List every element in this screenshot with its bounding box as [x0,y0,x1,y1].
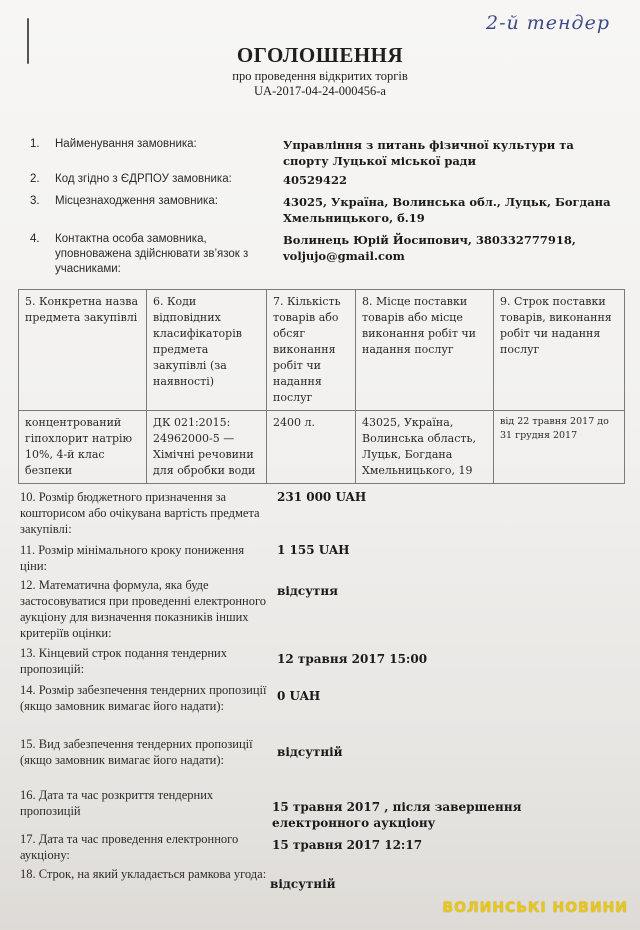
detail-value: 15 травня 2017 , після завершення електр… [272,799,617,831]
field-value: Волинець Юрій Йосипович, 380332777918, v… [283,232,593,264]
table-header-cell: 9. Строк поставки товарів, виконання роб… [494,290,625,411]
field-value: 43025, Україна, Волинська обл., Луцьк, Б… [283,194,618,226]
detail-label: 14. Розмір забезпечення тендерних пропоз… [20,682,268,714]
table-header-cell: 5. Конкретна назва предмета закупівлі [19,290,147,411]
detail-label: 18. Строк, на який укладається рамкова у… [20,866,268,882]
detail-label: 12. Математична формула, яка буде застос… [20,577,268,641]
field-value: Управління з питань фізичної культури та… [283,137,583,169]
table-cell: від 22 травня 2017 до 31 грудня 2017 [494,411,625,484]
tender-id: UA-2017-04-24-000456-a [0,84,640,99]
field-number: 4. [30,232,50,247]
field-number: 3. [30,194,50,209]
field-value: 40529422 [283,172,618,188]
document-subtitle: про проведення відкритих торгів UA-2017-… [0,69,640,99]
table-header-row: 5. Конкретна назва предмета закупівлі 6.… [19,290,625,411]
detail-value: 231 000 UAH [277,489,622,505]
detail-value: 1 155 UAH [277,542,622,558]
detail-label: 15. Вид забезпечення тендерних пропозиці… [20,736,268,768]
detail-value: відсутній [270,876,615,892]
table-cell: концентрований гіпохлорит натрію 10%, 4-… [19,411,147,484]
detail-value: 0 UAH [277,688,622,704]
detail-label: 17. Дата та час проведення електронного … [20,831,268,863]
field-number: 2. [30,172,50,187]
detail-label: 11. Розмір мінімального кроку пониження … [20,542,268,574]
detail-value: відсутня [277,583,622,599]
table-header-cell: 7. Кількість товарів або обсяг виконання… [267,290,356,411]
detail-value: 12 травня 2017 15:00 [277,651,622,667]
detail-value: 15 травня 2017 12:17 [272,837,617,853]
watermark-logo: ВОЛИНСЬКІ НОВИНИ [442,900,628,916]
table-header-cell: 6. Коди відповідних класифікаторів предм… [147,290,267,411]
field-label: Найменування замовника: [55,137,280,152]
table-row: концентрований гіпохлорит натрію 10%, 4-… [19,411,625,484]
detail-label: 13. Кінцевий строк подання тендерних про… [20,645,268,677]
detail-label: 10. Розмір бюджетного призначення за кош… [20,489,268,537]
detail-value: відсутній [277,744,622,760]
handwritten-note: 2-й тендер [486,12,610,34]
field-label: Місцезнаходження замовника: [55,194,280,209]
table-cell: 43025, Україна, Волинська область, Луцьк… [356,411,494,484]
document-title: ОГОЛОШЕННЯ [0,43,640,68]
field-label: Код згідно з ЄДРПОУ замовника: [55,172,280,187]
field-number: 1. [30,137,50,152]
table-cell: 2400 л. [267,411,356,484]
detail-label: 16. Дата та час розкриття тендерних проп… [20,787,268,819]
procurement-items-table: 5. Конкретна назва предмета закупівлі 6.… [18,289,625,484]
table-cell: ДК 021:2015: 24962000-5 — Хімічні речови… [147,411,267,484]
subtitle-text: про проведення відкритих торгів [0,69,640,84]
table-header-cell: 8. Місце поставки товарів або місце вико… [356,290,494,411]
field-label: Контактна особа замовника, уповноважена … [55,232,275,277]
